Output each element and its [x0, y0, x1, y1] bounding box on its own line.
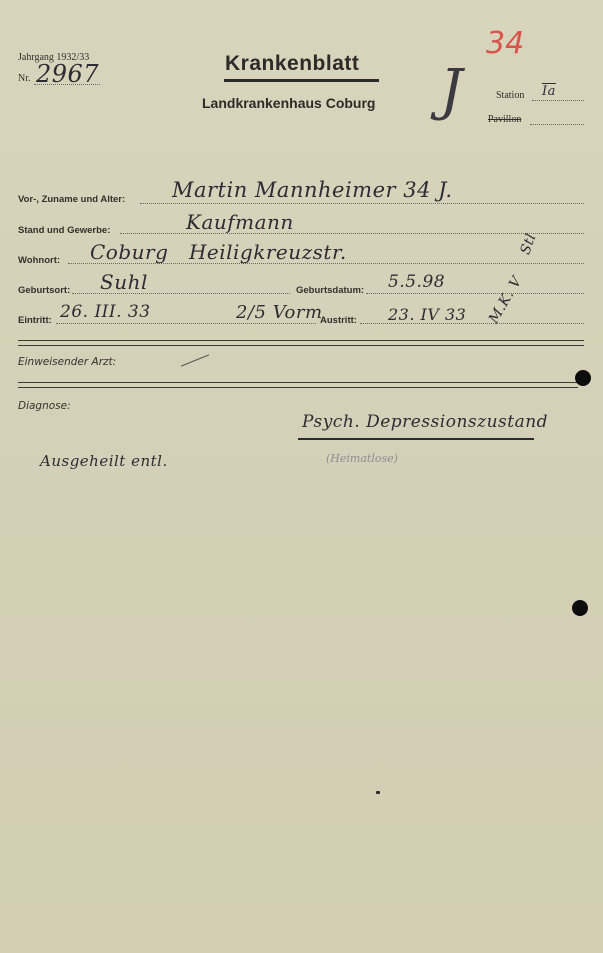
handwritten-initial: J [440, 58, 463, 123]
pavillon-label: Pavillon [488, 114, 521, 125]
punch-hole-top [575, 370, 591, 386]
name-age-value: Martin Mannheimer 34 J. [172, 178, 453, 202]
referring-doctor-dash [181, 354, 209, 366]
title-underline [224, 79, 379, 82]
name-age-label: Vor-, Zuname und Alter: [18, 194, 125, 205]
residence-value: Coburg Heiligkreuzstr. [90, 240, 347, 264]
nr-label: Nr. [18, 73, 31, 84]
discharge-label: Austritt: [320, 315, 357, 326]
admission-label: Eintritt: [18, 315, 52, 326]
diagnosis-left-note: Ausgeheilt entl. [40, 452, 168, 470]
admission-value: 26. III. 33 [60, 302, 151, 322]
discharge-value: 23. IV 33 [388, 305, 466, 324]
admission-time: 2/5 Vorm [236, 302, 323, 323]
occupation-value: Kaufmann [186, 210, 294, 234]
krankenblatt-page: Jahrgang 1932/33 Nr. 2967 Krankenblatt L… [0, 0, 603, 953]
birthplace-value: Suhl [100, 270, 148, 294]
diagnosis-underline [298, 438, 534, 440]
birthdate-line [366, 293, 584, 294]
diagnosis-pencil-note: (Heimatlose) [326, 452, 398, 465]
birthdate-value: 5.5.98 [388, 272, 445, 292]
station-dotline [532, 100, 584, 101]
admission-line [56, 323, 316, 324]
ink-speck [376, 791, 380, 794]
station-label: Station [496, 90, 524, 101]
pavillon-dotline [530, 124, 584, 125]
section-divider-1 [18, 340, 584, 346]
birthdate-label: Geburtsdatum: [296, 285, 364, 296]
name-age-line [140, 203, 584, 204]
red-record-number: 34 [486, 26, 524, 61]
residence-label: Wohnort: [18, 255, 60, 266]
margin-note-stl: Stl [517, 231, 539, 256]
margin-note-mk: M.K. V [486, 274, 525, 326]
diagnosis-label: Diagnose: [18, 400, 71, 412]
nr-value: 2967 [36, 60, 99, 88]
section-divider-2 [18, 382, 578, 388]
punch-hole-bottom [572, 600, 588, 616]
referring-doctor-label: Einweisender Arzt: [18, 356, 116, 368]
form-title: Krankenblatt [225, 52, 359, 76]
occupation-label: Stand und Gewerbe: [18, 225, 110, 236]
diagnosis-main: Psych. Depressionszustand [302, 412, 548, 432]
station-value: Ia [542, 84, 556, 99]
birthplace-label: Geburtsort: [18, 285, 70, 296]
hospital-name: Landkrankenhaus Coburg [202, 95, 375, 111]
